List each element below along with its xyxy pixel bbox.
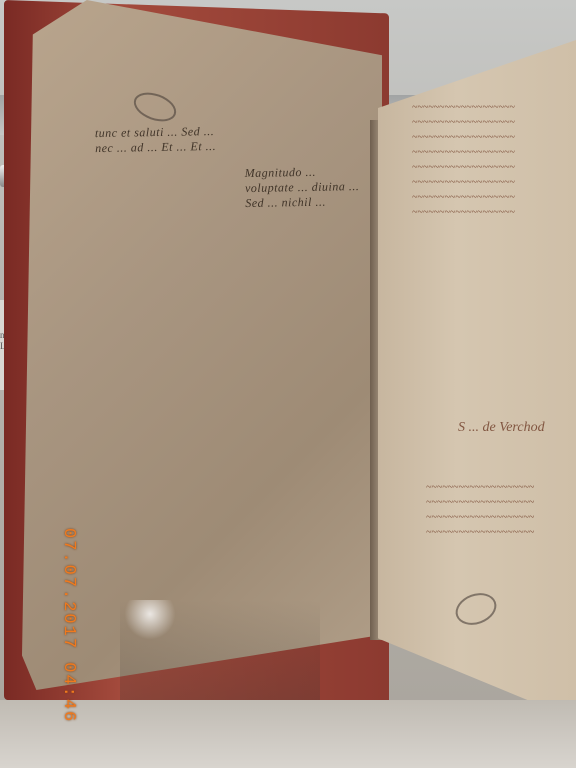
right-page-handwriting-list: ~~~~~~~~~~~~~~~~~~~~~~~~~~~~~~~~~~~~~~~~… xyxy=(412,100,572,220)
case-floor xyxy=(0,700,576,768)
text-column-1: tunc et saluti ... Sed ... nec ... ad ..… xyxy=(95,124,221,156)
text-column-2: Magnitudo ... voluptate ... diuina ... S… xyxy=(245,164,366,211)
camera-datestamp: 07.07.2017 04:46 xyxy=(48,528,78,723)
right-page-paragraph: ~~~~~~~~~~~~~~~~~~~~~~~~~~~~~~~~~~~~~~~~… xyxy=(426,480,574,540)
right-page-heading-note: S ... de Verchod xyxy=(458,420,545,436)
